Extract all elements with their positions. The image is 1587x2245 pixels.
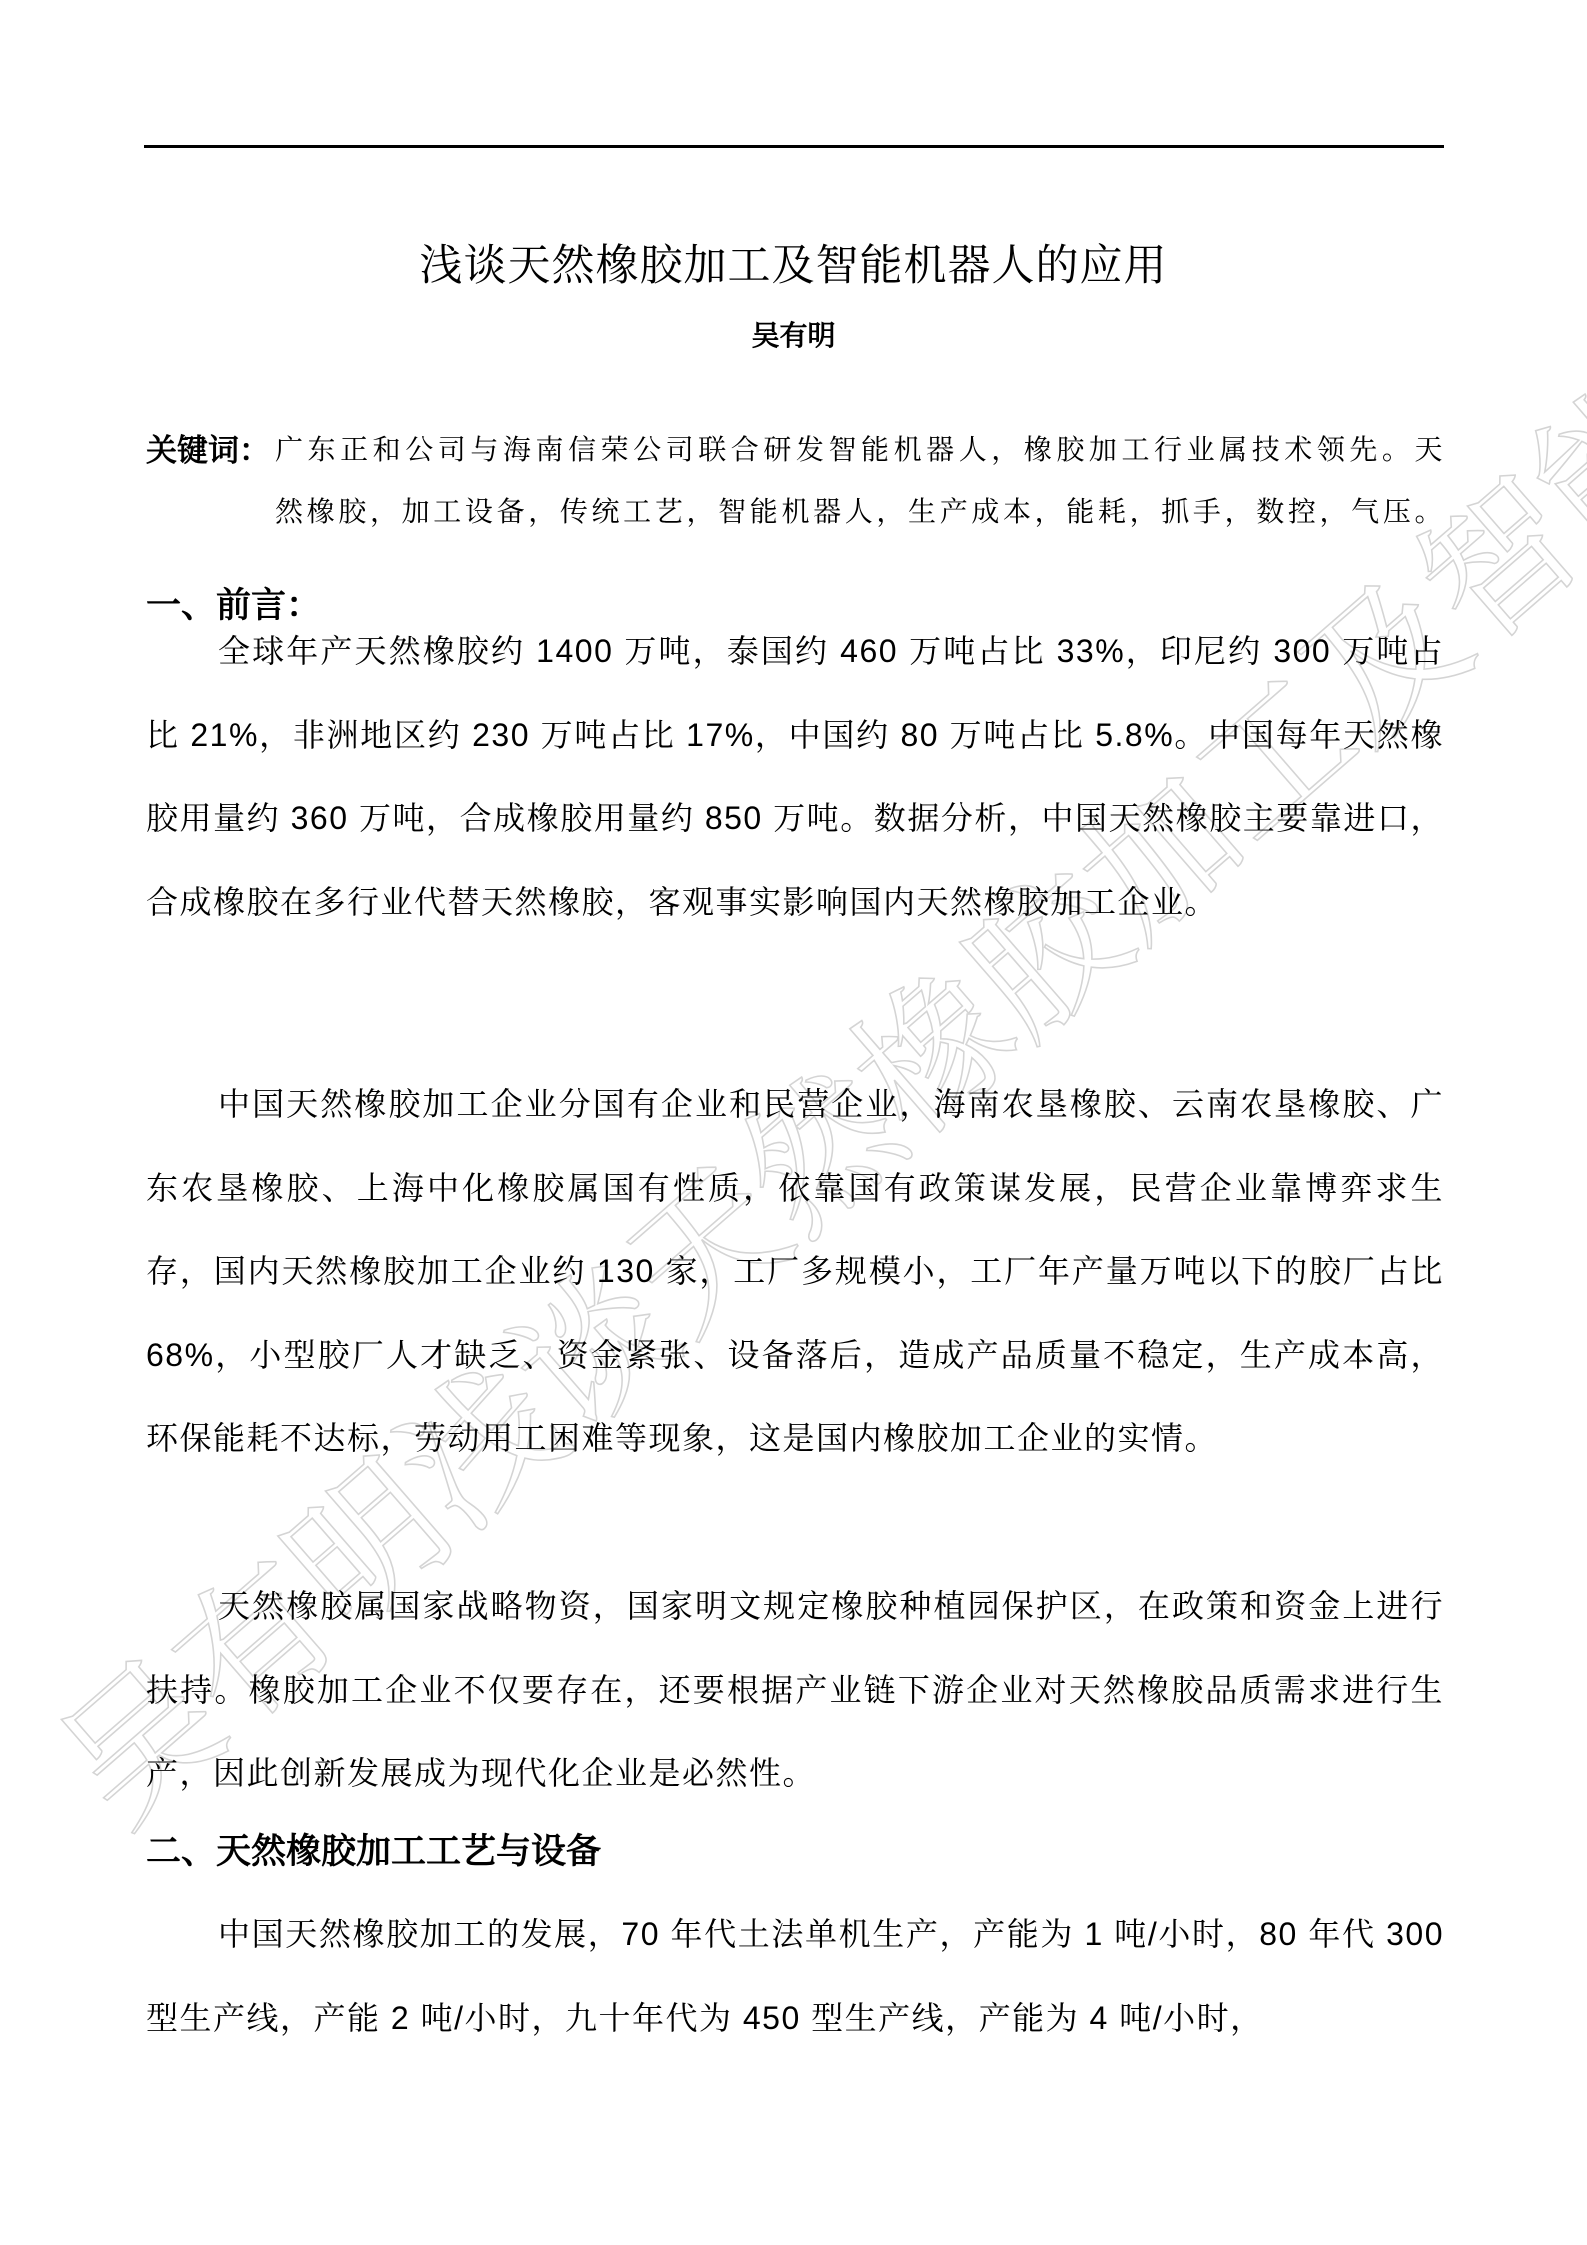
keywords-line-1: 广东正和公司与海南信荣公司联合研发智能机器人，橡胶加工行业属技术领先。天 bbox=[275, 420, 1443, 482]
paragraph-1: 全球年产天然橡胶约 1400 万吨，泰国约 460 万吨占比 33%，印尼约 3… bbox=[146, 610, 1444, 944]
paragraph-3: 天然橡胶属国家战略物资，国家明文规定橡胶种植园保护区，在政策和资金上进行扶持。橡… bbox=[146, 1565, 1444, 1816]
keywords-label: 关键词： bbox=[146, 420, 270, 482]
header-rule bbox=[144, 145, 1444, 148]
keywords-line-2: 然橡胶，加工设备，传统工艺，智能机器人，生产成本，能耗，抓手，数控，气压。 bbox=[275, 482, 1443, 544]
document-page: 吴有明浅谈天然橡胶加工及智能机器人的应用 浅谈天然橡胶加工及智能机器人的应用 吴… bbox=[0, 0, 1587, 2245]
section-heading-process: 二、天然橡胶加工工艺与设备 bbox=[146, 1829, 1446, 1875]
paragraph-2: 中国天然橡胶加工企业分国有企业和民营企业，海南农垦橡胶、云南农垦橡胶、广东农垦橡… bbox=[146, 1063, 1444, 1481]
document-author: 吴有明 bbox=[0, 319, 1587, 355]
document-title: 浅谈天然橡胶加工及智能机器人的应用 bbox=[0, 240, 1587, 294]
paragraph-4: 中国天然橡胶加工的发展，70 年代土法单机生产，产能为 1 吨/小时，80 年代… bbox=[146, 1893, 1444, 2060]
